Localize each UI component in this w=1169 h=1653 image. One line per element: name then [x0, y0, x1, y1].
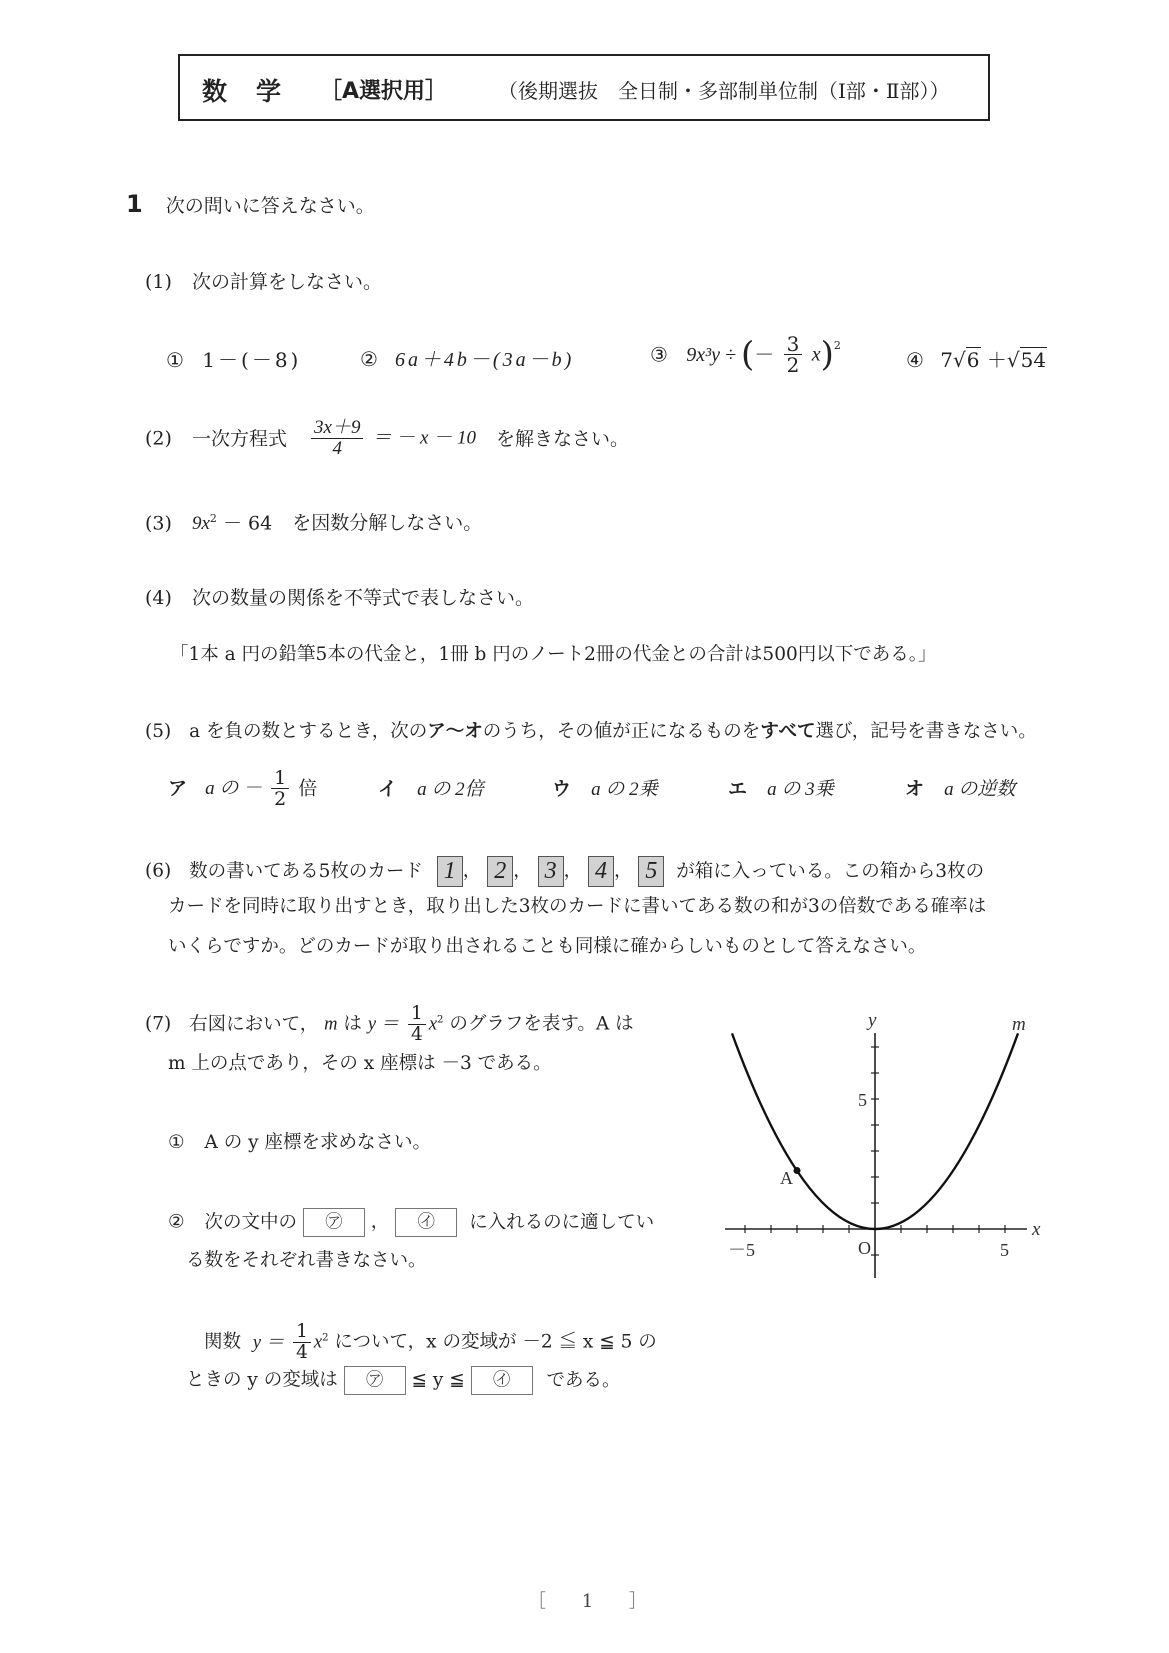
subquestion-label: (2) [145, 428, 172, 450]
subquestion-1: (1) 次の計算をしなさい。 [145, 270, 382, 294]
point-a [794, 1167, 801, 1174]
statement-text: について，x の変域が －2 ≦ x ≦ 5 の [334, 1332, 656, 1353]
radicand: 6 [966, 347, 981, 372]
subquestion-2: (2) 一次方程式 3x＋94 ＝ － x － 10 を解きなさい。 [145, 418, 629, 459]
sub-item-1: ① A の y 座標を求めなさい。 [168, 1131, 431, 1155]
subquestion-7-line2: m 上の点であり，その x 座標は －3 である。 [168, 1052, 552, 1076]
calc-item-1: ① 1－(－8) [166, 348, 301, 372]
option-text: a の逆数 [944, 779, 1015, 800]
question-number: 1 [126, 190, 143, 218]
fraction: 32 [784, 334, 803, 375]
plus-sign: ＋ [987, 348, 1007, 372]
variable: m [324, 1015, 337, 1035]
option-o: オ a の逆数 [905, 777, 1015, 802]
item-mark: ① [166, 348, 184, 372]
option-a: ア a の － 12 倍 [168, 768, 317, 809]
expression: － 64 [217, 512, 272, 534]
calc-expression: 9x³y ÷ [686, 344, 741, 366]
subquestion-4: (4) 次の数量の関係を不等式で表しなさい。 [145, 586, 534, 610]
emphasis-text: ア～オ [427, 721, 483, 742]
option-text: a の 2倍 [417, 779, 484, 800]
blank-i-2: ㋑ [471, 1366, 533, 1395]
subquestion-text: を因数分解しなさい。 [292, 512, 482, 534]
origin-label: O [858, 1238, 871, 1258]
point-a-label: A [780, 1168, 793, 1188]
subquestion-text: 次の計算をしなさい。 [192, 271, 382, 293]
card-3: 3 [538, 856, 564, 887]
subquestion-text: が箱に入っている。この箱から3枚の [676, 861, 984, 882]
subquestion-6: (6) 数の書いてある5枚のカード 1， 2， 3， 4， 5 が箱に入っている… [145, 856, 984, 887]
coefficient: 7 [940, 348, 953, 372]
calc-item-2: ② 6a＋4b－(3a－b) [360, 348, 574, 372]
option-u: ウ a の 2乗 [552, 777, 658, 802]
exponent: 2 [210, 512, 217, 525]
subquestion-6-line3: いくらですか。どのカードが取り出されることも同様に確からしいものとして答えなさい… [168, 935, 926, 959]
question-heading: 1 次の問いに答えなさい。 [126, 190, 375, 218]
x-axis-label: x [1031, 1219, 1041, 1240]
card-5: 5 [638, 856, 664, 887]
blank-i: ㋑ [395, 1208, 457, 1237]
title-box: 数 学 ［A選択用］ （後期選抜 全日制・多部制単位制（Ⅰ部・Ⅱ部）） [178, 54, 990, 121]
emphasis-text: すべて [760, 721, 815, 742]
option-text: a の 2乗 [591, 779, 658, 800]
subquestion-7: (7) 右図において， m は y ＝ 14x2 のグラフを表す。A は [145, 1004, 634, 1045]
fraction: 3x＋94 [311, 418, 363, 459]
subquestion-text: を解きなさい。 [496, 428, 629, 450]
card-2: 2 [487, 856, 513, 887]
option-text: a の － [205, 778, 262, 799]
page-number: ［ 1 ］ [528, 1590, 647, 1614]
sub-item-text: 次の文中の [204, 1212, 297, 1233]
fraction: 12 [271, 768, 289, 809]
subquestion-text: のグラフを表す。A は [449, 1014, 633, 1035]
subquestion-label: (1) [145, 271, 172, 293]
option-key: エ [728, 778, 747, 800]
option-e: エ a の 3乗 [728, 777, 834, 802]
subquestion-6-line2: カードを同時に取り出すとき，取り出した3枚のカードに書いてある数の和が3の倍数で… [168, 895, 986, 919]
calc-expression: 6a＋4b－(3a－b) [395, 349, 574, 371]
item-mark: ③ [650, 343, 668, 367]
subquestion-text: 次の数量の関係を不等式で表しなさい。 [192, 587, 534, 609]
equation-rhs: ＝ － x － 10 [373, 428, 476, 449]
curve-label-m: m [1012, 1014, 1026, 1035]
subquestion-3: (3) 9x2 － 64 を因数分解しなさい。 [145, 507, 482, 536]
subquestion-text: 数の書いてある5枚のカード [189, 861, 423, 882]
function-statement: 関数 y ＝ 14x2 について，x の変域が －2 ≦ x ≦ 5 の [204, 1322, 657, 1363]
fraction: 14 [293, 1322, 311, 1363]
calc-item-4: ④ 7√6 ＋√54 [906, 348, 1047, 372]
item-mark: ② [168, 1212, 185, 1233]
subquestion-label: (4) [145, 587, 172, 609]
subquestion-label: (7) [145, 1014, 171, 1035]
subquestion-label: (5) [145, 721, 171, 742]
item-mark: ① [168, 1132, 185, 1153]
selection-label: ［A選択用］ [320, 74, 447, 105]
x-tick-label-neg5: －5 [728, 1240, 755, 1260]
sub-item-text: A の y 座標を求めなさい。 [204, 1132, 430, 1153]
y-tick-label-5: 5 [858, 1090, 867, 1110]
subquestion-text: のうち，その値が正になるものを [483, 721, 761, 742]
subquestion-text: 選び，記号を書きなさい。 [815, 721, 1036, 742]
option-key: オ [905, 778, 924, 800]
option-key: イ [378, 778, 397, 800]
equation-lhs: y ＝ [368, 1015, 399, 1035]
option-i: イ a の 2倍 [378, 777, 484, 802]
blank-a: ㋐ [303, 1208, 365, 1237]
card-4: 4 [588, 856, 614, 887]
expression: 9x [192, 513, 210, 534]
calc-expression: 1－(－8) [202, 348, 301, 372]
item-mark: ② [360, 349, 378, 371]
fraction: 14 [408, 1004, 426, 1045]
parabola-graph: A y x m O －5 5 5 [720, 1000, 1060, 1290]
exponent: 2 [834, 339, 841, 352]
inequality: ≦ y ≦ [412, 1370, 465, 1391]
card-1: 1 [437, 856, 463, 887]
subquestion-label: (3) [145, 512, 172, 534]
sub-item-text: に入れるのに適してい [469, 1212, 654, 1233]
option-key: ウ [552, 778, 571, 800]
statement-text: である。 [547, 1370, 621, 1391]
calc-item-3: ③ 9x³y ÷ (－ 32 x)2 [650, 334, 841, 375]
subquestion-label: (6) [145, 861, 171, 882]
question-instruction: 次の問いに答えなさい。 [166, 195, 375, 217]
option-text: a の 3乗 [767, 779, 834, 800]
y-axis-label: y [866, 1010, 877, 1031]
blank-a-2: ㋐ [344, 1366, 406, 1395]
option-key: ア [168, 778, 187, 800]
subject-title: 数 学 [202, 72, 283, 108]
sub-item-2: ② 次の文中の ㋐ ， ㋑ に入れるのに適してい [168, 1208, 654, 1237]
statement-text: 関数 [204, 1332, 241, 1353]
item-mark: ④ [906, 348, 924, 372]
function-statement-line2: ときの y の変域は ㋐ ≦ y ≦ ㋑ である。 [186, 1366, 621, 1395]
subquestion-text: は [343, 1014, 362, 1035]
subquestion-text: 右図において， [189, 1014, 318, 1035]
x-tick-label-5: 5 [1000, 1240, 1009, 1260]
subquestion-text: 一次方程式 [192, 428, 287, 450]
quoted-statement: 「1本 a 円の鉛筆5本の代金と，1冊 b 円のノート2冊の代金との合計は500… [170, 643, 937, 667]
minus-sign: － [754, 343, 774, 367]
sub-item-2-line2: る数をそれぞれ書きなさい。 [186, 1249, 427, 1273]
option-text: 倍 [298, 778, 317, 800]
statement-text: ときの y の変域は [186, 1370, 338, 1391]
radicand: 54 [1020, 347, 1047, 372]
exam-subtitle: （後期選抜 全日制・多部制単位制（Ⅰ部・Ⅱ部）） [498, 75, 950, 104]
subquestion-text: a を負の数とするとき，次の [189, 721, 427, 742]
variable: x [812, 344, 821, 366]
subquestion-5: (5) a を負の数とするとき，次のア～オのうち，その値が正になるものをすべて選… [145, 720, 1037, 744]
